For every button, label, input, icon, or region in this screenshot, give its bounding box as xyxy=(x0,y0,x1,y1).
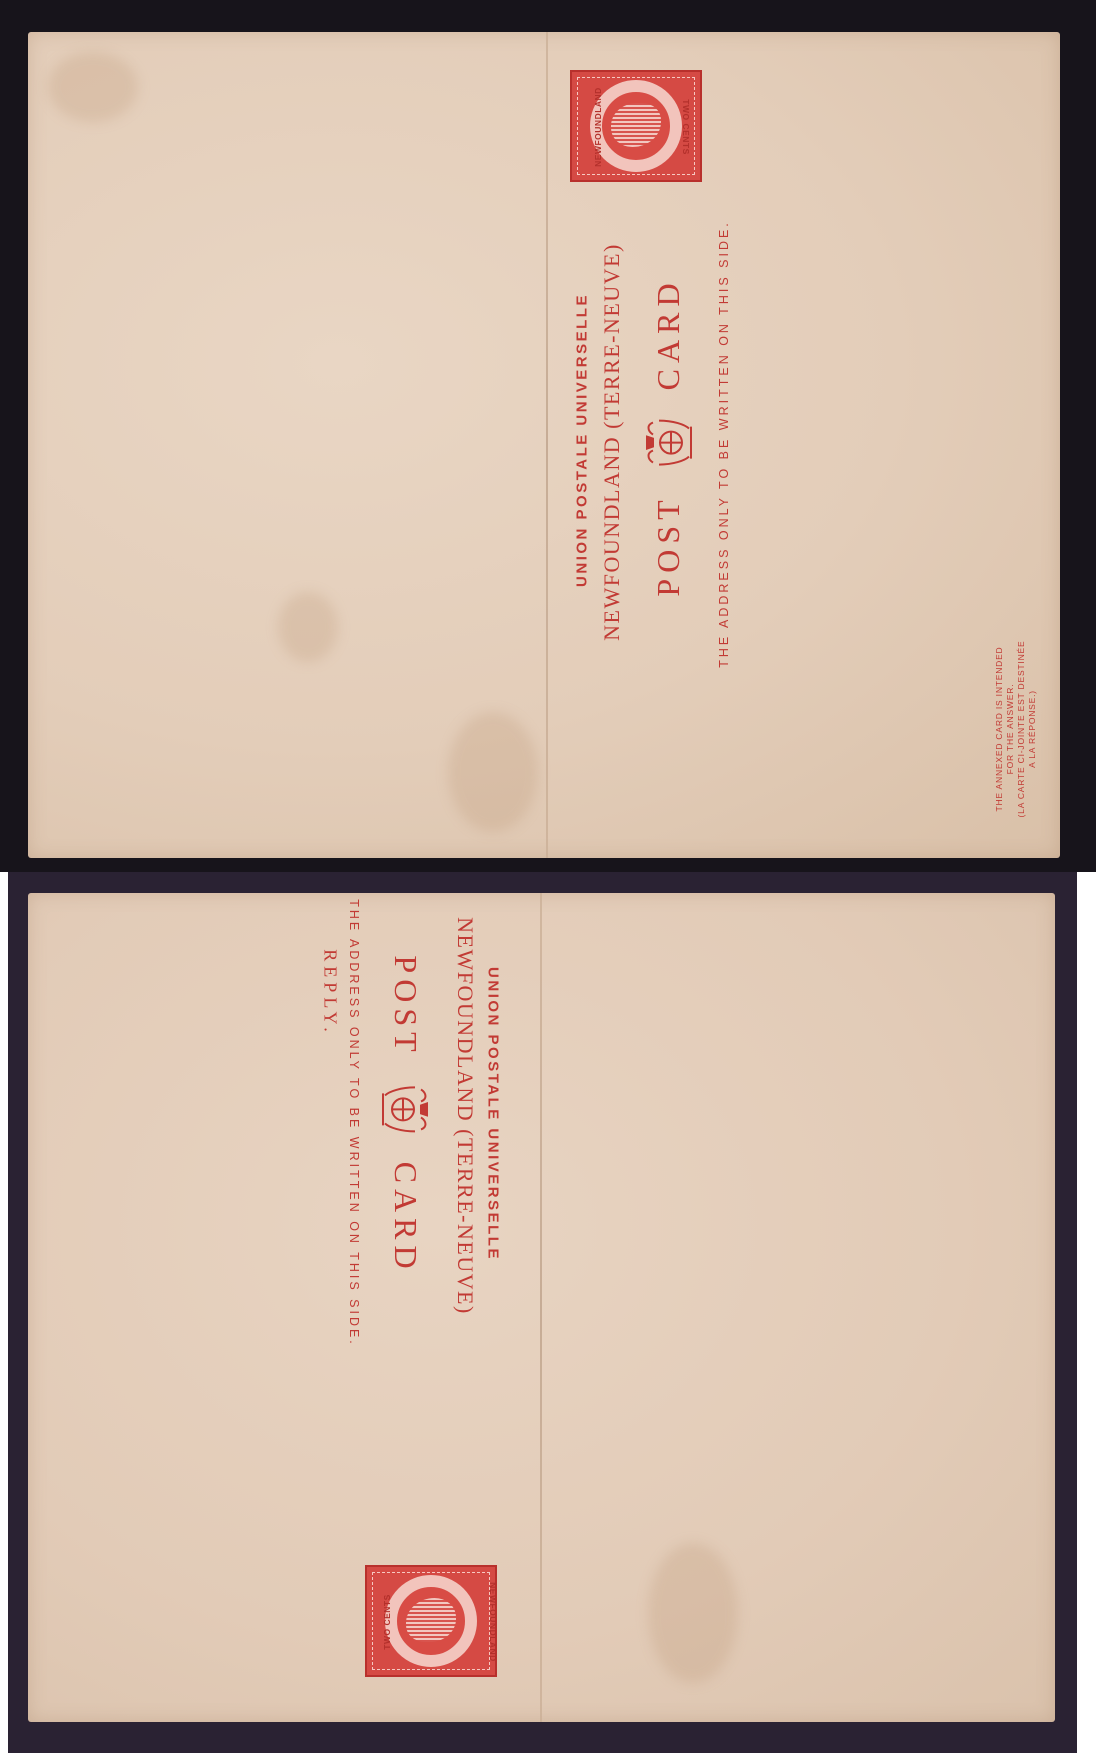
imprinted-stamp: NEWFOUNDLAND TWO CENTS xyxy=(570,70,702,182)
address-instruction: THE ADDRESS ONLY TO BE WRITTEN ON THIS S… xyxy=(717,220,731,668)
stamp-value: TWO CENTS xyxy=(382,1594,392,1650)
post-word: POST xyxy=(650,494,687,596)
stamp-country: NEWFOUNDLAND xyxy=(593,87,603,167)
stain xyxy=(48,52,138,122)
stamp-country: NEWFOUNDLAND xyxy=(488,1582,498,1662)
stain xyxy=(648,1543,738,1683)
post-word: POST xyxy=(388,955,425,1057)
background-margin-right xyxy=(1077,872,1096,1753)
reply-label: REPLY. xyxy=(320,949,341,1036)
top-postal-card: NEWFOUNDLAND TWO CENTS UNION POSTALE UNI… xyxy=(28,32,1060,858)
union-postale-text: UNION POSTALE UNIVERSELLE xyxy=(574,293,591,587)
royal-coat-of-arms-icon xyxy=(639,416,697,468)
union-postale-text: UNION POSTALE UNIVERSELLE xyxy=(485,967,502,1261)
post-card-heading: POST CARD xyxy=(639,277,697,596)
royal-coat-of-arms-icon xyxy=(377,1084,435,1136)
card-word: CARD xyxy=(388,1162,425,1275)
card-word: CARD xyxy=(650,277,687,390)
country-text: NEWFOUNDLAND (TERRE-NEUVE) xyxy=(599,243,625,641)
stamp-value: TWO CENTS xyxy=(681,99,691,155)
background-margin-left xyxy=(0,872,8,1753)
stain xyxy=(278,592,338,662)
address-instruction: THE ADDRESS ONLY TO BE WRITTEN ON THIS S… xyxy=(347,899,361,1347)
card-fold-line xyxy=(540,893,542,1722)
imprinted-stamp: NEWFOUNDLAND TWO CENTS xyxy=(365,1565,497,1677)
bottom-postal-card: UNION POSTALE UNIVERSELLE NEWFOUNDLAND (… xyxy=(28,893,1055,1722)
stain xyxy=(448,712,538,832)
country-text: NEWFOUNDLAND (TERRE-NEUVE) xyxy=(452,917,478,1315)
annex-note-line: A LA RÉPONSE.) xyxy=(1027,641,1038,818)
annex-note-line: FOR THE ANSWER. xyxy=(1005,641,1016,818)
annex-note-line: (LA CARTE CI-JOINTE EST DESTINÉE xyxy=(1016,641,1027,818)
annex-note: THE ANNEXED CARD IS INTENDED FOR THE ANS… xyxy=(994,641,1038,818)
annex-note-line: THE ANNEXED CARD IS INTENDED xyxy=(994,641,1005,818)
card-fold-line xyxy=(546,32,548,858)
post-card-heading: POST CARD xyxy=(377,955,435,1274)
